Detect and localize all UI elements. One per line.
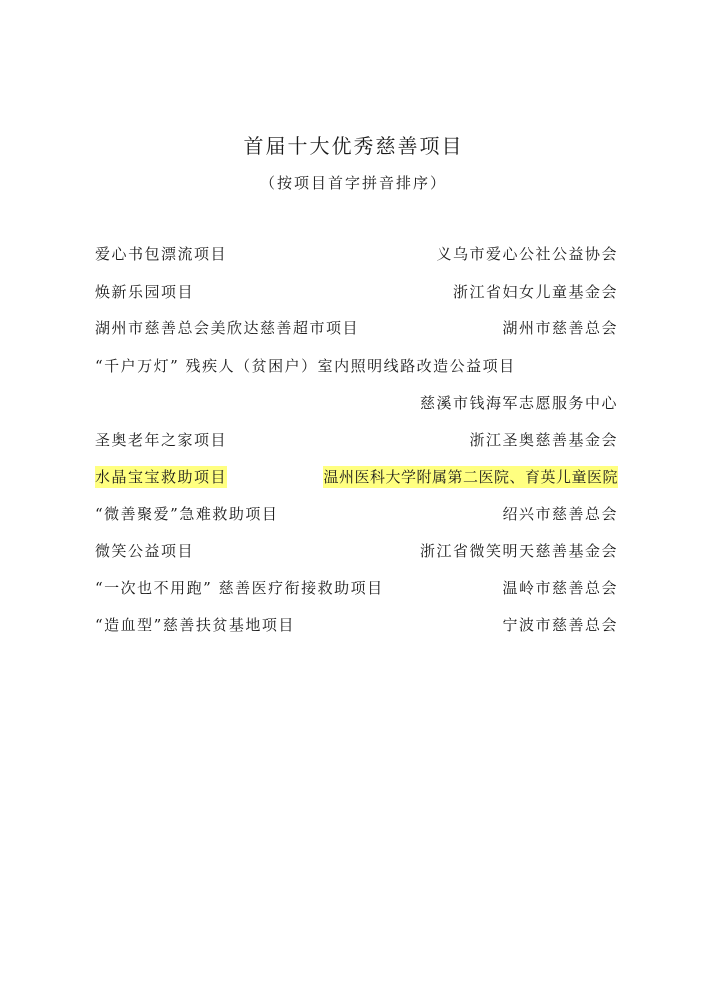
project-name: 水晶宝宝救助项目: [95, 466, 227, 488]
project-name: “千户万灯” 残疾人（贫困户）室内照明线路改造公益项目: [95, 355, 516, 377]
entry-row: 湖州市慈善总会美欣达慈善超市项目 湖州市慈善总会: [95, 317, 618, 339]
project-name: 爱心书包漂流项目: [95, 243, 227, 265]
entry-row: 爱心书包漂流项目 义乌市爱心公社公益协会: [95, 243, 618, 265]
organization-name: 温州医科大学附属第二医院、育英儿童医院: [323, 466, 618, 488]
document-title: 首届十大优秀慈善项目: [0, 130, 707, 159]
project-name: “造血型”慈善扶贫基地项目: [95, 614, 295, 636]
organization-name: 慈溪市钱海军志愿服务中心: [420, 392, 618, 414]
organization-name: 浙江省微笑明天慈善基金会: [420, 540, 618, 562]
entry-row: 圣奥老年之家项目 浙江圣奥慈善基金会: [95, 429, 618, 451]
entry-row: “千户万灯” 残疾人（贫困户）室内照明线路改造公益项目: [95, 355, 618, 377]
organization-name: 宁波市慈善总会: [502, 614, 618, 636]
organization-name: 湖州市慈善总会: [502, 317, 618, 339]
entry-row: “一次也不用跑” 慈善医疗衔接救助项目 温岭市慈善总会: [95, 577, 618, 599]
project-name: 微笑公益项目: [95, 540, 194, 562]
project-name: 圣奥老年之家项目: [95, 429, 227, 451]
organization-name: 浙江省妇女儿童基金会: [453, 281, 618, 303]
organization-name: 绍兴市慈善总会: [502, 503, 618, 525]
project-name: 湖州市慈善总会美欣达慈善超市项目: [95, 317, 359, 339]
document-subtitle: （按项目首字拼音排序）: [0, 172, 707, 193]
document-page: 首届十大优秀慈善项目 （按项目首字拼音排序） 爱心书包漂流项目 义乌市爱心公社公…: [0, 0, 707, 1000]
organization-name: 义乌市爱心公社公益协会: [436, 243, 618, 265]
entry-row: “微善聚爱”急难救助项目 绍兴市慈善总会: [95, 503, 618, 525]
entry-row: 微笑公益项目 浙江省微笑明天慈善基金会: [95, 540, 618, 562]
project-name: “微善聚爱”急难救助项目: [95, 503, 278, 525]
project-name: “一次也不用跑” 慈善医疗衔接救助项目: [95, 577, 384, 599]
entry-row: “造血型”慈善扶贫基地项目 宁波市慈善总会: [95, 614, 618, 636]
project-name: 焕新乐园项目: [95, 281, 194, 303]
organization-name: 温岭市慈善总会: [502, 577, 618, 599]
entry-row: 焕新乐园项目 浙江省妇女儿童基金会: [95, 281, 618, 303]
entry-row-continuation: 慈溪市钱海军志愿服务中心: [95, 392, 618, 414]
entry-row-highlighted: 水晶宝宝救助项目 温州医科大学附属第二医院、育英儿童医院: [95, 466, 618, 488]
organization-name: 浙江圣奥慈善基金会: [469, 429, 618, 451]
